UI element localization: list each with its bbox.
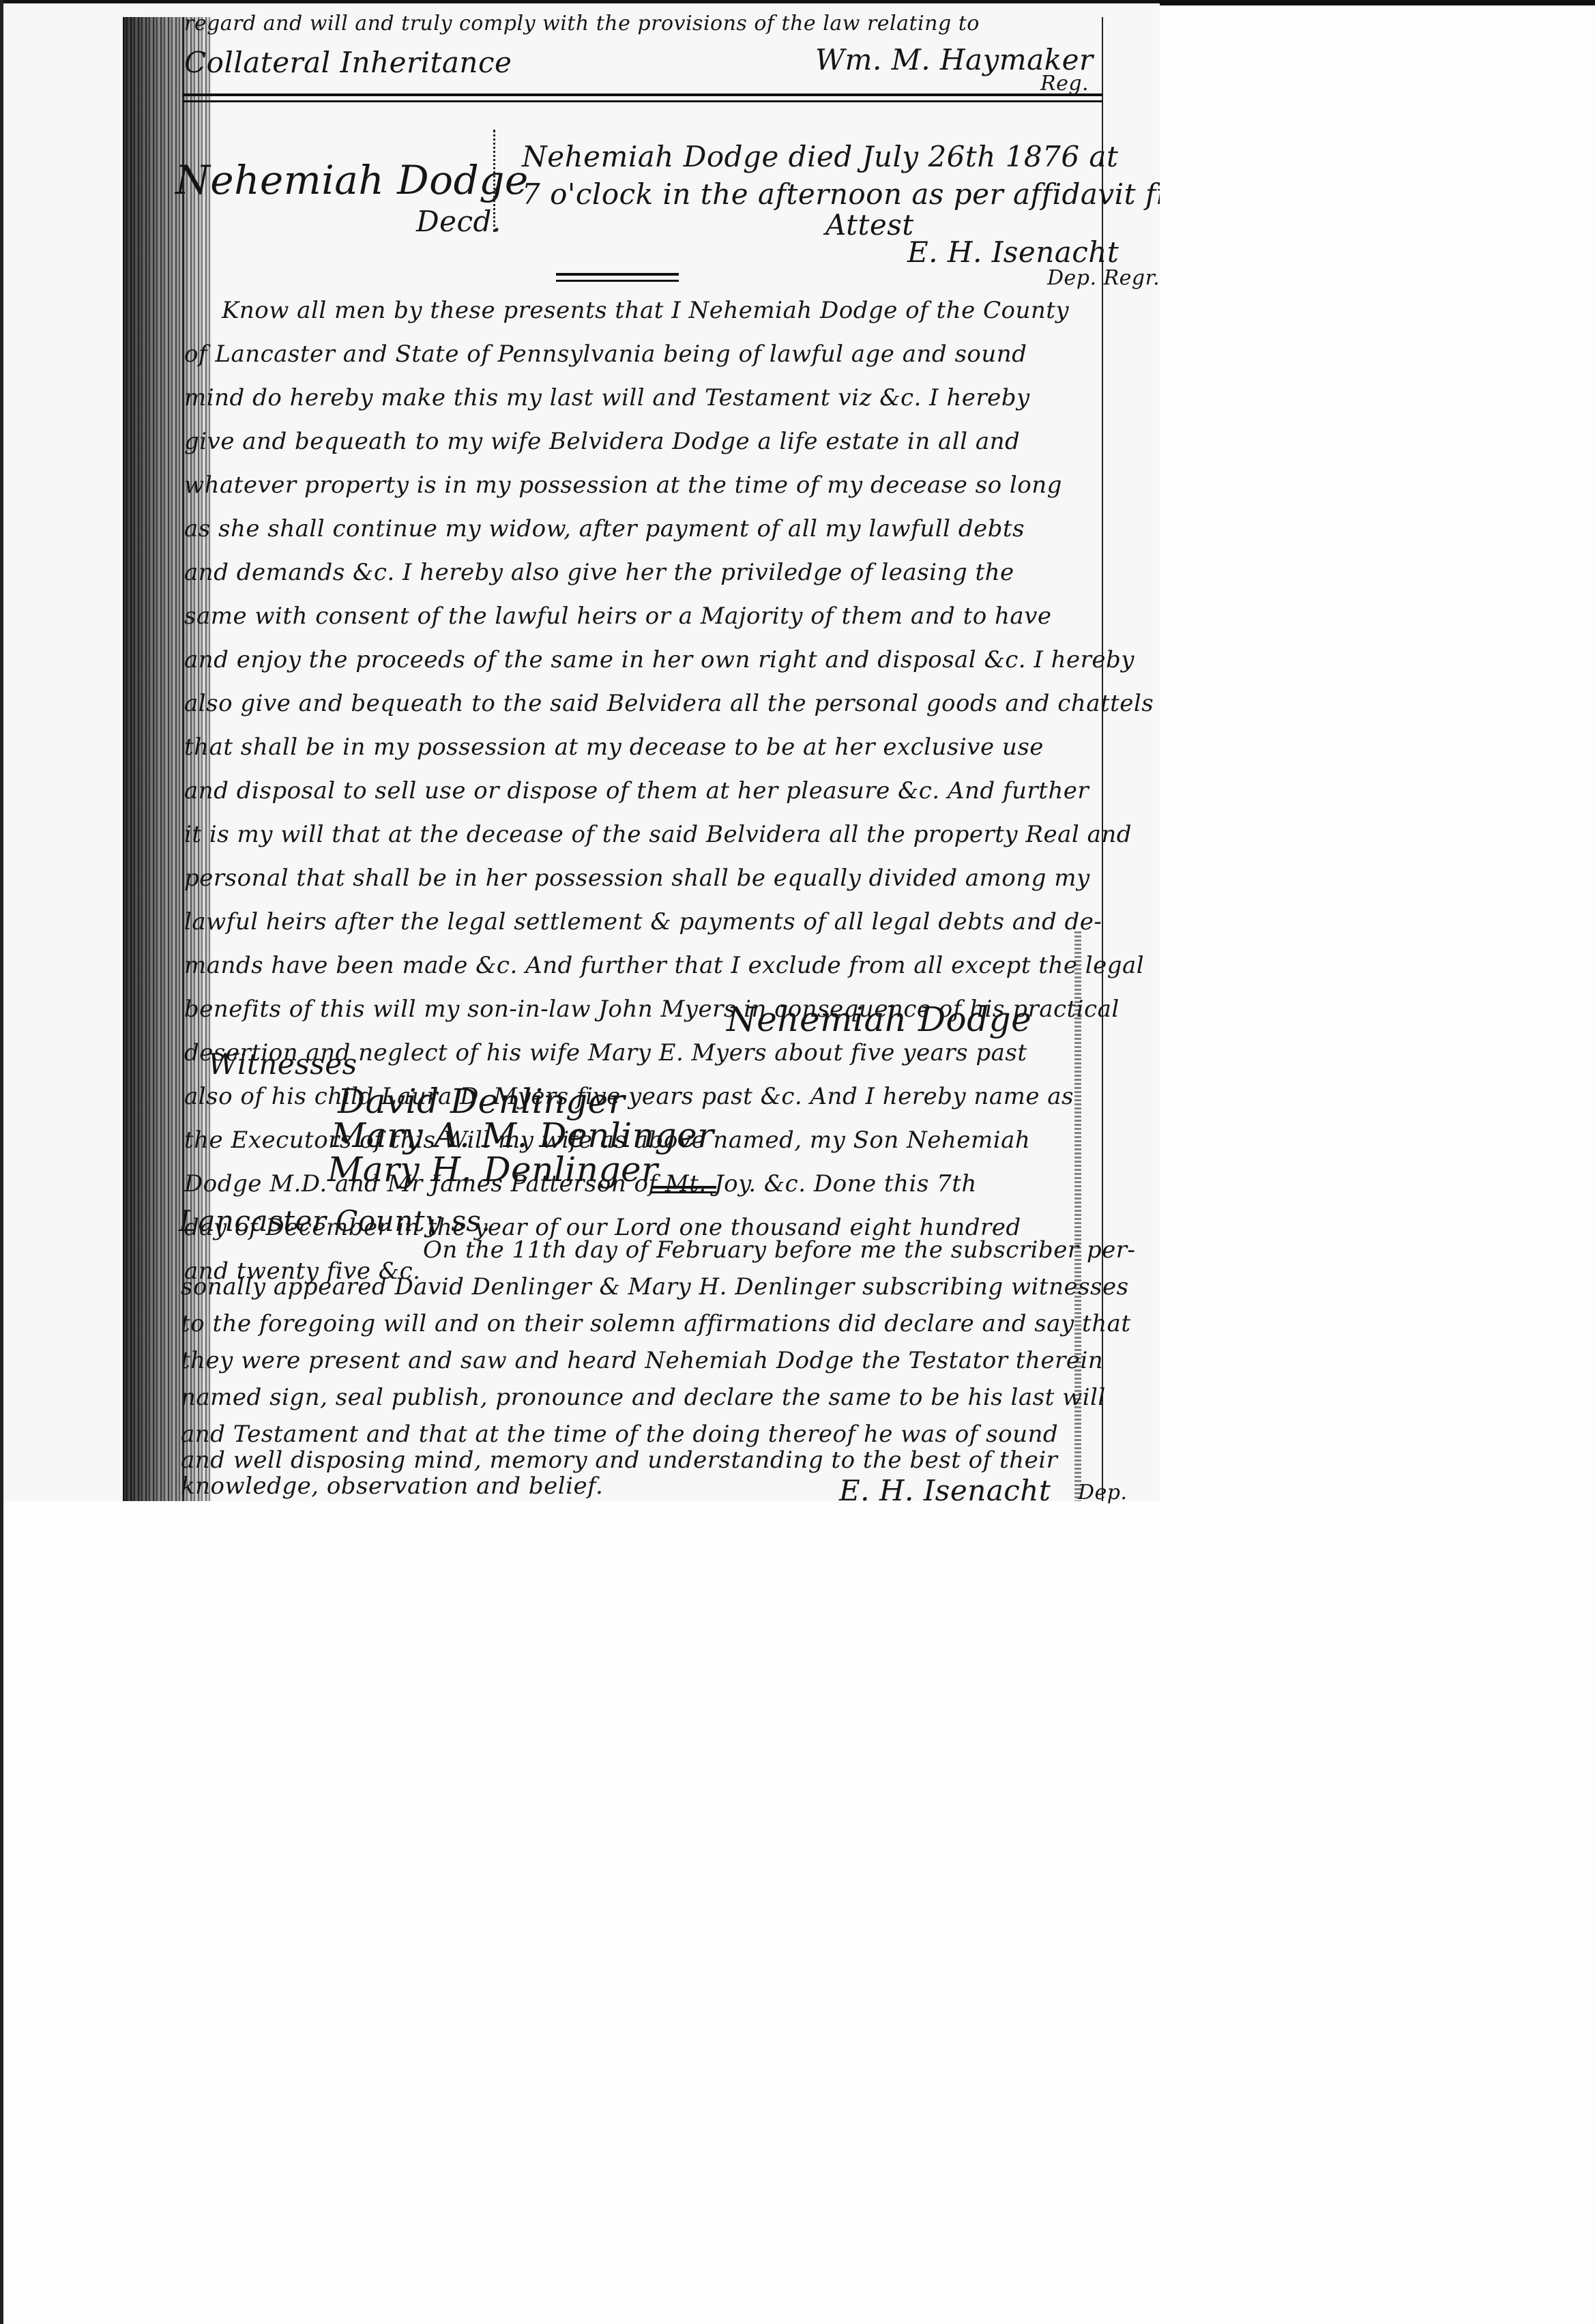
header-divider bbox=[556, 273, 679, 276]
previous-entry-line-2: Collateral Inheritance bbox=[184, 46, 512, 79]
will-line: it is my will that at the decease of the… bbox=[184, 821, 1132, 848]
will-line: that shall be in my possession at my dec… bbox=[184, 733, 1044, 761]
header-brace bbox=[493, 130, 495, 232]
previous-entry-signature-title: Reg. bbox=[1040, 72, 1089, 96]
affidavit-line: named sign, seal publish, pronounce and … bbox=[181, 1384, 1106, 1411]
affidavit-line: to the foregoing will and on their solem… bbox=[181, 1310, 1131, 1337]
witness-divider bbox=[652, 1186, 716, 1189]
previous-entry-line-1: regard and will and truly comply with th… bbox=[184, 12, 980, 35]
death-note-line-1: Nehemiah Dodge died July 26th 1876 at bbox=[522, 140, 1118, 173]
section-divider-top bbox=[182, 93, 1103, 96]
will-line: and demands &c. I hereby also give her t… bbox=[184, 559, 1014, 586]
affidavit-line: and well disposing mind, memory and unde… bbox=[181, 1447, 1057, 1474]
witness-name: Mary H. Denlinger bbox=[327, 1150, 658, 1189]
affidavit-line: they were present and saw and heard Nehe… bbox=[181, 1347, 1103, 1374]
section-divider-top-2 bbox=[182, 100, 1103, 102]
will-line: and enjoy the proceeds of the same in he… bbox=[184, 646, 1135, 673]
will-line: mind do hereby make this my last will an… bbox=[184, 384, 1030, 411]
affidavit-line: sonally appeared David Denlinger & Mary … bbox=[181, 1273, 1129, 1301]
affidavit-venue: Lancaster County ss. bbox=[179, 1204, 491, 1238]
will-line: give and bequeath to my wife Belvidera D… bbox=[184, 428, 1020, 455]
attest-title: Dep. Regr. bbox=[1047, 266, 1160, 290]
will-line: whatever property is in my possession at… bbox=[184, 471, 1062, 499]
affidavit-line: and Testament and that at the time of th… bbox=[181, 1421, 1058, 1448]
attest-signature: E. H. Isenacht bbox=[907, 235, 1119, 269]
will-line: same with consent of the lawful heirs or… bbox=[184, 602, 1052, 630]
header-divider-2 bbox=[556, 280, 679, 282]
affidavit-line: On the 11th day of February before me th… bbox=[423, 1236, 1136, 1264]
will-line: lawful heirs after the legal settlement … bbox=[184, 908, 1102, 935]
will-line: Know all men by these presents that I Ne… bbox=[222, 297, 1069, 324]
witness-divider-2 bbox=[652, 1191, 716, 1193]
will-line: personal that shall be in her possession… bbox=[184, 865, 1090, 892]
will-line: also give and bequeath to the said Belvi… bbox=[184, 690, 1154, 717]
affidavit-signature-title: Dep. bbox=[1078, 1481, 1128, 1505]
affidavit-line: knowledge, observation and belief. bbox=[181, 1472, 603, 1500]
will-title-name: Nehemiah Dodge bbox=[175, 157, 529, 203]
attest-label: Attest bbox=[825, 208, 914, 242]
will-line: of Lancaster and State of Pennsylvania b… bbox=[184, 340, 1027, 368]
testator-signature: Nehemiah Dodge bbox=[727, 1000, 1031, 1039]
will-title-status: Decd. bbox=[416, 205, 501, 238]
affidavit-signature: E. H. Isenacht bbox=[839, 1474, 1051, 1507]
witnesses-label: Witnesses bbox=[208, 1047, 357, 1081]
will-line: and disposal to sell use or dispose of t… bbox=[184, 777, 1089, 804]
will-line: as she shall continue my widow, after pa… bbox=[184, 515, 1025, 542]
death-note-line-2: 7 o'clock in the afternoon as per affida… bbox=[522, 177, 1160, 211]
will-line: mands have been made &c. And further tha… bbox=[184, 952, 1144, 979]
will-line: also of his child Laura D. Myers five ye… bbox=[184, 1083, 1074, 1110]
